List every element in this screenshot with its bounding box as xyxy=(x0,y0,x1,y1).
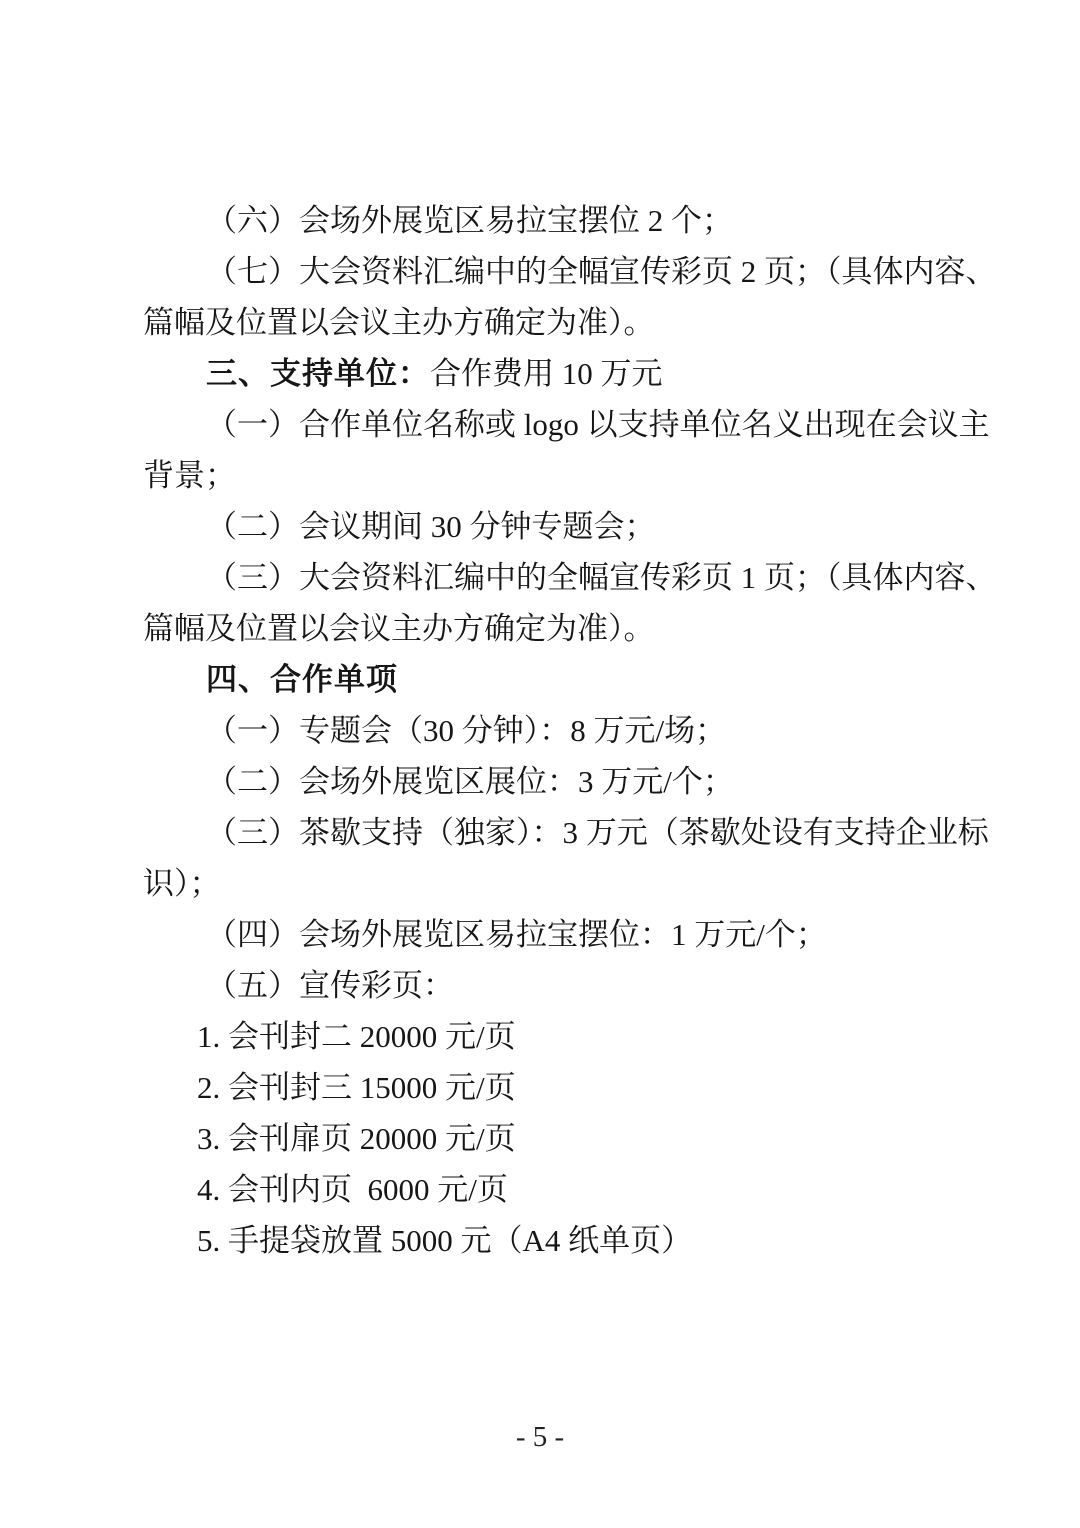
paragraph-line: （五）宣传彩页： xyxy=(143,960,973,1011)
document-body: （六）会场外展览区易拉宝摆位 2 个； （七）大会资料汇编中的全幅宣传彩页 2 … xyxy=(143,195,973,1266)
numbered-item: 1. 会刊封二 20000 元/页 xyxy=(143,1011,973,1062)
paragraph-line: 篇幅及位置以会议主办方确定为准）。 xyxy=(143,603,973,654)
numbered-item: 2. 会刊封三 15000 元/页 xyxy=(143,1062,973,1113)
paragraph-line: （二）会场外展览区展位：3 万元/个； xyxy=(143,756,973,807)
section-heading-3-title: 三、支持单位： xyxy=(206,356,430,391)
section-heading-3-suffix: 合作费用 10 万元 xyxy=(430,356,663,391)
paragraph-line: （一）专题会（30 分钟）：8 万元/场； xyxy=(143,705,973,756)
paragraph-line: （三）茶歇支持（独家）：3 万元（茶歇处设有支持企业标 xyxy=(143,807,973,858)
paragraph-line: （六）会场外展览区易拉宝摆位 2 个； xyxy=(143,195,973,246)
numbered-item: 5. 手提袋放置 5000 元（A4 纸单页） xyxy=(143,1215,973,1266)
paragraph-line: （一）合作单位名称或 logo 以支持单位名义出现在会议主 xyxy=(143,399,973,450)
paragraph-line: （三）大会资料汇编中的全幅宣传彩页 1 页；（具体内容、 xyxy=(143,552,973,603)
section-heading-3: 三、支持单位：合作费用 10 万元 xyxy=(143,348,973,399)
paragraph-line: （四）会场外展览区易拉宝摆位：1 万元/个； xyxy=(143,909,973,960)
numbered-item: 4. 会刊内页 6000 元/页 xyxy=(143,1164,973,1215)
numbered-item: 3. 会刊扉页 20000 元/页 xyxy=(143,1113,973,1164)
paragraph-line: 篇幅及位置以会议主办方确定为准）。 xyxy=(143,297,973,348)
document-page: （六）会场外展览区易拉宝摆位 2 个； （七）大会资料汇编中的全幅宣传彩页 2 … xyxy=(0,0,1080,1528)
paragraph-line: 背景； xyxy=(143,450,973,501)
section-heading-4: 四、合作单项 xyxy=(143,654,973,705)
paragraph-line: （二）会议期间 30 分钟专题会； xyxy=(143,501,973,552)
paragraph-line: （七）大会资料汇编中的全幅宣传彩页 2 页；（具体内容、 xyxy=(143,246,973,297)
page-number: - 5 - xyxy=(0,1412,1080,1462)
paragraph-line: 识）； xyxy=(143,858,973,909)
